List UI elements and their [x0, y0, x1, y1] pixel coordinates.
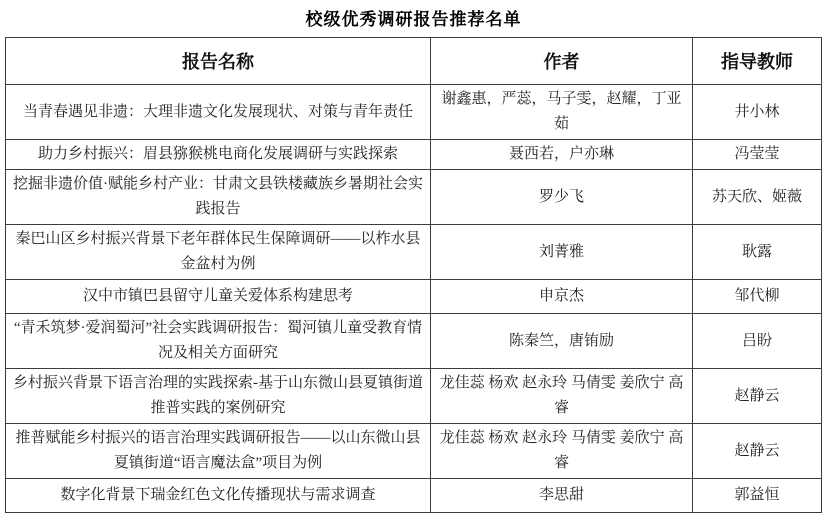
table-row: “青禾筑梦·爱润蜀河”社会实践调研报告：蜀河镇儿童受教育情况及相关方面研究陈秦竺…: [6, 314, 822, 369]
report-name-cell: 秦巴山区乡村振兴背景下老年群体民生保障调研——以柞水县金盆村为例: [6, 225, 431, 280]
report-name-cell: 数字化背景下瑞金红色文化传播现状与需求调查: [6, 479, 431, 513]
table-header-row: 报告名称 作者 指导教师: [6, 38, 822, 85]
advisor-cell: 吕盼: [693, 314, 822, 369]
table-row: 助力乡村振兴：眉县猕猴桃电商化发展调研与实践探索聂西若，户亦琳冯莹莹: [6, 140, 822, 170]
column-header-report-name: 报告名称: [6, 38, 431, 85]
authors-cell: 龙佳蕊 杨欢 赵永玲 马倩雯 姜欣宁 高睿: [431, 369, 693, 424]
column-header-advisor: 指导教师: [693, 38, 822, 85]
authors-cell: 刘菁雅: [431, 225, 693, 280]
advisor-cell: 井小林: [693, 85, 822, 140]
authors-cell: 罗少飞: [431, 170, 693, 225]
advisor-cell: 郭益恒: [693, 479, 822, 513]
authors-cell: 陈秦竺，唐铕励: [431, 314, 693, 369]
table-row: 当青春遇见非遗：大理非遗文化发展现状、对策与青年责任谢鑫惠，严蕊，马子雯，赵耀，…: [6, 85, 822, 140]
advisor-cell: 赵静云: [693, 369, 822, 424]
report-name-cell: 助力乡村振兴：眉县猕猴桃电商化发展调研与实践探索: [6, 140, 431, 170]
report-table-body: 当青春遇见非遗：大理非遗文化发展现状、对策与青年责任谢鑫惠，严蕊，马子雯，赵耀，…: [6, 85, 822, 513]
table-row: 数字化背景下瑞金红色文化传播现状与需求调查李思甜郭益恒: [6, 479, 822, 513]
table-row: 推普赋能乡村振兴的语言治理实践调研报告——以山东微山县夏镇街道“语言魔法盒”项目…: [6, 424, 822, 479]
report-name-cell: “青禾筑梦·爱润蜀河”社会实践调研报告：蜀河镇儿童受教育情况及相关方面研究: [6, 314, 431, 369]
report-name-cell: 当青春遇见非遗：大理非遗文化发展现状、对策与青年责任: [6, 85, 431, 140]
report-name-cell: 挖掘非遗价值·赋能乡村产业：甘肃文县铁楼藏族乡暑期社会实践报告: [6, 170, 431, 225]
authors-cell: 李思甜: [431, 479, 693, 513]
report-table: 报告名称 作者 指导教师 当青春遇见非遗：大理非遗文化发展现状、对策与青年责任谢…: [5, 37, 822, 513]
page-title: 校级优秀调研报告推荐名单: [0, 0, 827, 30]
authors-cell: 谢鑫惠，严蕊，马子雯，赵耀，丁亚茹: [431, 85, 693, 140]
table-row: 秦巴山区乡村振兴背景下老年群体民生保障调研——以柞水县金盆村为例刘菁雅耿露: [6, 225, 822, 280]
advisor-cell: 耿露: [693, 225, 822, 280]
advisor-cell: 赵静云: [693, 424, 822, 479]
advisor-cell: 冯莹莹: [693, 140, 822, 170]
advisor-cell: 苏天欣、姬薇: [693, 170, 822, 225]
report-name-cell: 汉中市镇巴县留守儿童关爱体系构建思考: [6, 280, 431, 314]
authors-cell: 聂西若，户亦琳: [431, 140, 693, 170]
authors-cell: 龙佳蕊 杨欢 赵永玲 马倩雯 姜欣宁 高睿: [431, 424, 693, 479]
table-row: 挖掘非遗价值·赋能乡村产业：甘肃文县铁楼藏族乡暑期社会实践报告罗少飞苏天欣、姬薇: [6, 170, 822, 225]
report-name-cell: 推普赋能乡村振兴的语言治理实践调研报告——以山东微山县夏镇街道“语言魔法盒”项目…: [6, 424, 431, 479]
report-name-cell: 乡村振兴背景下语言治理的实践探索-基于山东微山县夏镇街道推普实践的案例研究: [6, 369, 431, 424]
authors-cell: 申京杰: [431, 280, 693, 314]
advisor-cell: 邹代柳: [693, 280, 822, 314]
table-row: 乡村振兴背景下语言治理的实践探索-基于山东微山县夏镇街道推普实践的案例研究龙佳蕊…: [6, 369, 822, 424]
column-header-authors: 作者: [431, 38, 693, 85]
table-row: 汉中市镇巴县留守儿童关爱体系构建思考申京杰邹代柳: [6, 280, 822, 314]
